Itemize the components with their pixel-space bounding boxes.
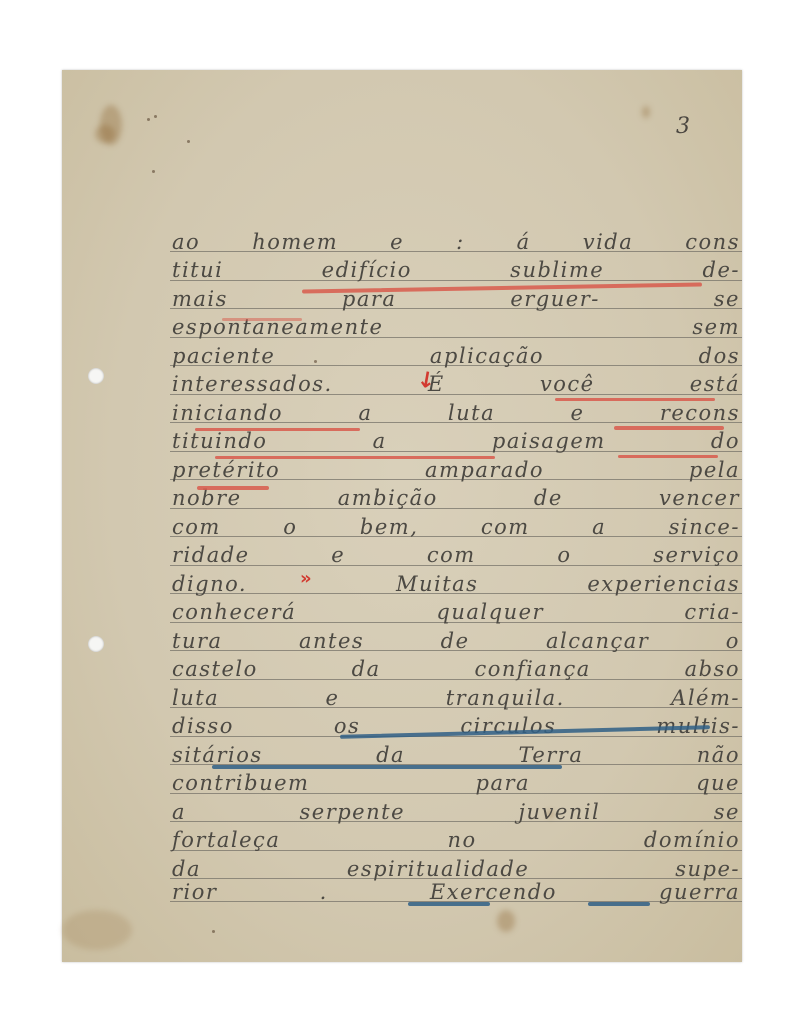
- red-underline-voce-esta: [555, 398, 715, 401]
- text-line-7: iniciando a luta e recons: [172, 397, 740, 425]
- word: iniciando: [172, 401, 283, 425]
- word: since-: [669, 515, 740, 539]
- word: paisagem: [492, 429, 606, 453]
- word: sem: [692, 315, 740, 339]
- stain: [95, 125, 115, 143]
- text-line-17: luta e tranquila. Além-: [172, 682, 740, 710]
- text-line-12: ridade e com o serviço: [172, 539, 740, 567]
- text-line-4: espontaneamente sem: [172, 311, 740, 339]
- word: tranquila.: [446, 686, 565, 710]
- word: pela: [689, 458, 740, 482]
- word: o: [283, 515, 297, 539]
- word: ambição: [338, 486, 438, 510]
- word: rior: [172, 880, 217, 904]
- word: está: [690, 372, 740, 396]
- word: com: [172, 515, 221, 539]
- word: tituindo: [172, 429, 267, 453]
- word: ao: [172, 230, 200, 254]
- text-line-16: castelo da confiança abso: [172, 653, 740, 681]
- word: .: [320, 880, 328, 904]
- text-line-1: ao homem e : á vida cons: [172, 226, 740, 254]
- word: a: [373, 429, 387, 453]
- word: vida: [583, 230, 634, 254]
- word: Exercendo: [430, 880, 557, 904]
- text-line-11: com o bem, com a since-: [172, 511, 740, 539]
- text-line-15: tura antes de alcançar o: [172, 625, 740, 653]
- word: no: [448, 828, 477, 852]
- speck: [187, 140, 190, 143]
- word: amparado: [425, 458, 544, 482]
- blue-underline-guerra: [588, 902, 650, 906]
- word: domínio: [644, 828, 740, 852]
- word: de-: [703, 258, 740, 282]
- word: alcançar: [546, 629, 649, 653]
- word: antes: [299, 629, 364, 653]
- word: castelo: [172, 657, 258, 681]
- word: ridade: [172, 543, 250, 567]
- word: disso: [172, 714, 234, 738]
- word: sublime: [510, 258, 604, 282]
- red-underline-preterito: [197, 486, 269, 490]
- word: sitários: [172, 743, 263, 767]
- word: de: [441, 629, 470, 653]
- word: serviço: [653, 543, 740, 567]
- red-underline-espontaneamente: [222, 318, 302, 321]
- word: contribuem: [172, 771, 309, 795]
- speck: [154, 115, 157, 118]
- text-line-6: interessados. É você está: [172, 368, 740, 396]
- text-line-14: conhecerá qualquer cria-: [172, 596, 740, 624]
- punch-hole-top: [88, 368, 104, 384]
- word: a: [358, 401, 372, 425]
- word: fortaleça: [172, 828, 280, 852]
- word: mais: [172, 287, 228, 311]
- text-line-20: contribuem para que: [172, 767, 740, 795]
- stain: [642, 106, 650, 118]
- page-number: 3: [676, 114, 690, 139]
- text-line-24: rior . Exercendo guerra: [172, 876, 740, 904]
- word: para: [476, 771, 531, 795]
- speck: [212, 930, 215, 933]
- word: erguer-: [510, 287, 600, 311]
- word: Além-: [671, 686, 740, 710]
- word: guerra: [659, 880, 740, 904]
- word: pretérito: [172, 458, 280, 482]
- red-underline-do: [618, 455, 718, 458]
- red-double-arrow-icon: »: [300, 568, 312, 589]
- word: vencer: [659, 486, 740, 510]
- word: juvenil: [518, 800, 600, 824]
- word: qualquer: [436, 600, 544, 624]
- word: se: [714, 287, 740, 311]
- word: bem,: [360, 515, 418, 539]
- stain: [497, 910, 515, 932]
- word: o: [726, 629, 740, 653]
- word: paciente: [172, 344, 275, 368]
- word: o: [557, 543, 571, 567]
- word: :: [456, 230, 465, 254]
- word: não: [697, 743, 740, 767]
- word: luta: [448, 401, 495, 425]
- text-line-2: titui edifício sublime de-: [172, 254, 740, 282]
- text-line-19: sitários da Terra não: [172, 739, 740, 767]
- word: da: [376, 743, 405, 767]
- word: homem: [252, 230, 338, 254]
- red-underline-recons: [614, 426, 724, 430]
- blue-underline-sitarios-da-terra: [212, 765, 562, 769]
- stain: [62, 910, 132, 950]
- word: Muitas: [396, 572, 478, 596]
- word: você: [540, 372, 595, 396]
- word: luta: [172, 686, 219, 710]
- word: edifício: [322, 258, 412, 282]
- word: de: [534, 486, 563, 510]
- text-line-5: paciente aplicação dos: [172, 340, 740, 368]
- word: conhecerá: [172, 600, 296, 624]
- word: se: [714, 800, 740, 824]
- word: Terra: [518, 743, 583, 767]
- word: do: [711, 429, 740, 453]
- word: e: [331, 543, 345, 567]
- word: recons: [660, 401, 740, 425]
- punch-hole-bottom: [88, 636, 104, 652]
- word: aplicação: [430, 344, 544, 368]
- red-underline-iniciando: [195, 428, 360, 431]
- word: a: [592, 515, 606, 539]
- word: abso: [685, 657, 740, 681]
- text-line-21: a serpente juvenil se: [172, 796, 740, 824]
- word: e: [326, 686, 340, 710]
- word: tura: [172, 629, 223, 653]
- word: á: [517, 230, 531, 254]
- word: da: [352, 657, 381, 681]
- word: e: [570, 401, 584, 425]
- text-line-13: digno. Muitas experiencias: [172, 568, 740, 596]
- word: titui: [172, 258, 223, 282]
- word: que: [696, 771, 740, 795]
- word: digno.: [172, 572, 247, 596]
- word: com: [427, 543, 476, 567]
- red-underline-paisagem: [215, 456, 495, 459]
- text-line-22: fortaleça no domínio: [172, 824, 740, 852]
- word: com: [481, 515, 530, 539]
- word: cria-: [684, 600, 740, 624]
- speck: [152, 170, 155, 173]
- speck: [147, 118, 150, 121]
- word: confiança: [474, 657, 590, 681]
- word: cons: [685, 230, 740, 254]
- word: e: [390, 230, 404, 254]
- word: interessados.: [172, 372, 333, 396]
- blue-underline-exercendo: [408, 902, 490, 906]
- word: dos: [699, 344, 740, 368]
- word: experiencias: [587, 572, 740, 596]
- word: serpente: [300, 800, 406, 824]
- word: a: [172, 800, 186, 824]
